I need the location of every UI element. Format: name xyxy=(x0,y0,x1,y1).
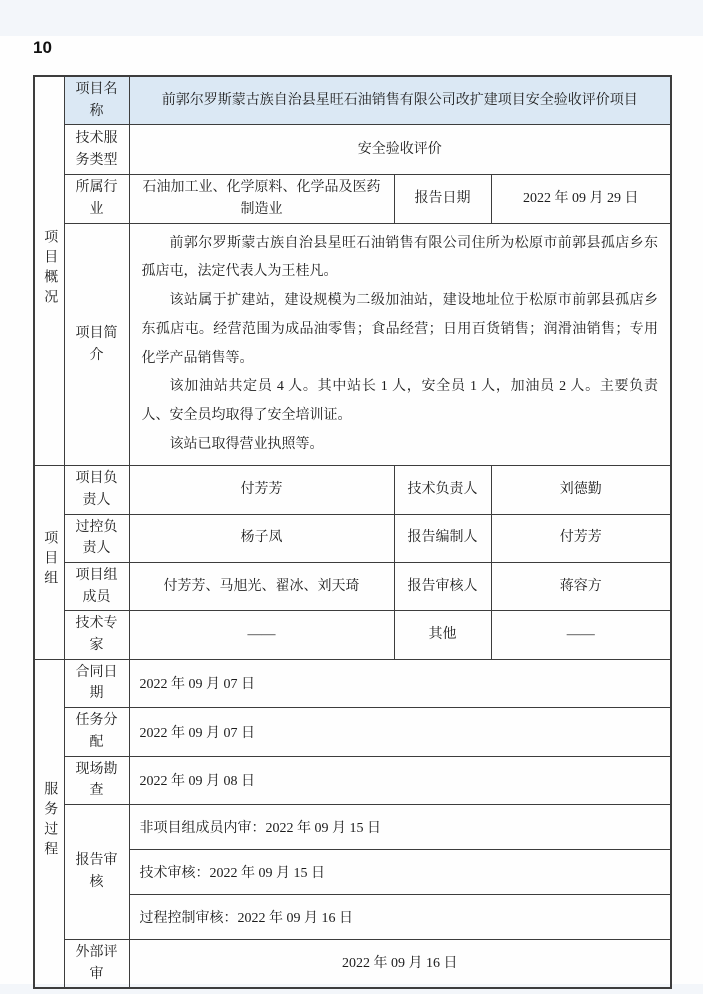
report-date-label: 报告日期 xyxy=(394,175,491,223)
report-date-value: 2022 年 09 月 29 日 xyxy=(491,175,671,223)
project-leader-value: 付芳芳 xyxy=(129,466,394,514)
group-label-service-process: 服务过程 xyxy=(39,781,59,861)
tech-leader-value: 刘德勤 xyxy=(491,466,671,514)
group-cell-project-team: 项目组 xyxy=(34,466,64,660)
task-assignment-label: 任务分配 xyxy=(64,708,129,756)
report-writer-label: 报告编制人 xyxy=(394,514,491,562)
external-review-value: 2022 年 09 月 16 日 xyxy=(129,939,671,988)
external-review-label: 外部评审 xyxy=(64,939,129,988)
report-writer-value: 付芳芳 xyxy=(491,514,671,562)
tech-expert-value: —— xyxy=(129,611,394,659)
report-review-label: 报告审核 xyxy=(64,804,129,939)
project-name-value: 前郭尔罗斯蒙古族自治县星旺石油销售有限公司改扩建项目安全验收评价项目 xyxy=(129,76,671,125)
group-label-project-team: 项目组 xyxy=(39,530,59,590)
team-members-label: 项目组成员 xyxy=(64,563,129,611)
report-reviewer-label: 报告审核人 xyxy=(394,563,491,611)
other-value: —— xyxy=(491,611,671,659)
team-members-value: 付芳芳、马旭光、翟冰、刘天琦 xyxy=(129,563,394,611)
document-page: 10 项目概况 项目名称 前郭尔罗斯蒙古族自治县星旺石油销售有限公司改扩建项目安… xyxy=(0,0,703,994)
contract-date-value: 2022 年 09 月 07 日 xyxy=(129,659,671,707)
report-reviewer-value: 蒋容方 xyxy=(491,563,671,611)
group-cell-project-overview: 项目概况 xyxy=(34,76,64,466)
project-leader-label: 项目负责人 xyxy=(64,466,129,514)
contract-date-label: 合同日期 xyxy=(64,659,129,707)
intro-paragraph: 前郭尔罗斯蒙古族自治县星旺石油销售有限公司住所为松原市前郭县孤店乡东孤店屯，法定… xyxy=(142,230,659,287)
industry-label: 所属行业 xyxy=(64,175,129,223)
project-intro-text: 前郭尔罗斯蒙古族自治县星旺石油销售有限公司住所为松原市前郭县孤店乡东孤店屯，法定… xyxy=(129,223,671,466)
service-type-value: 安全验收评价 xyxy=(129,125,671,175)
other-label: 其他 xyxy=(394,611,491,659)
tech-expert-label: 技术专家 xyxy=(64,611,129,659)
project-info-table: 项目概况 项目名称 前郭尔罗斯蒙古族自治县星旺石油销售有限公司改扩建项目安全验收… xyxy=(33,75,672,989)
service-type-label: 技术服务类型 xyxy=(64,125,129,175)
intro-paragraph: 该站已取得营业执照等。 xyxy=(142,431,659,460)
intro-paragraph: 该站属于扩建站，建设规模为二级加油站，建设地址位于松原市前郭县孤店乡东孤店屯。经… xyxy=(142,287,659,373)
site-survey-label: 现场勘查 xyxy=(64,756,129,804)
site-survey-value: 2022 年 09 月 08 日 xyxy=(129,756,671,804)
task-assignment-value: 2022 年 09 月 07 日 xyxy=(129,708,671,756)
report-review-internal: 非项目组成员内审：2022 年 09 月 15 日 xyxy=(129,804,671,849)
project-intro-label: 项目简介 xyxy=(64,223,129,466)
report-review-process-control: 过程控制审核：2022 年 09 月 16 日 xyxy=(129,894,671,939)
project-name-label: 项目名称 xyxy=(64,76,129,125)
group-label-project-overview: 项目概况 xyxy=(39,229,59,309)
group-cell-service-process: 服务过程 xyxy=(34,659,64,988)
process-control-leader-value: 杨子凤 xyxy=(129,514,394,562)
page-number: 10 xyxy=(33,38,52,58)
page-top-margin-band xyxy=(0,0,703,36)
intro-paragraph: 该加油站共定员 4 人。其中站长 1 人，安全员 1 人，加油员 2 人。主要负… xyxy=(142,373,659,430)
tech-leader-label: 技术负责人 xyxy=(394,466,491,514)
industry-value: 石油加工业、化学原料、化学品及医药制造业 xyxy=(129,175,394,223)
report-review-technical: 技术审核：2022 年 09 月 15 日 xyxy=(129,849,671,894)
process-control-leader-label: 过控负责人 xyxy=(64,514,129,562)
